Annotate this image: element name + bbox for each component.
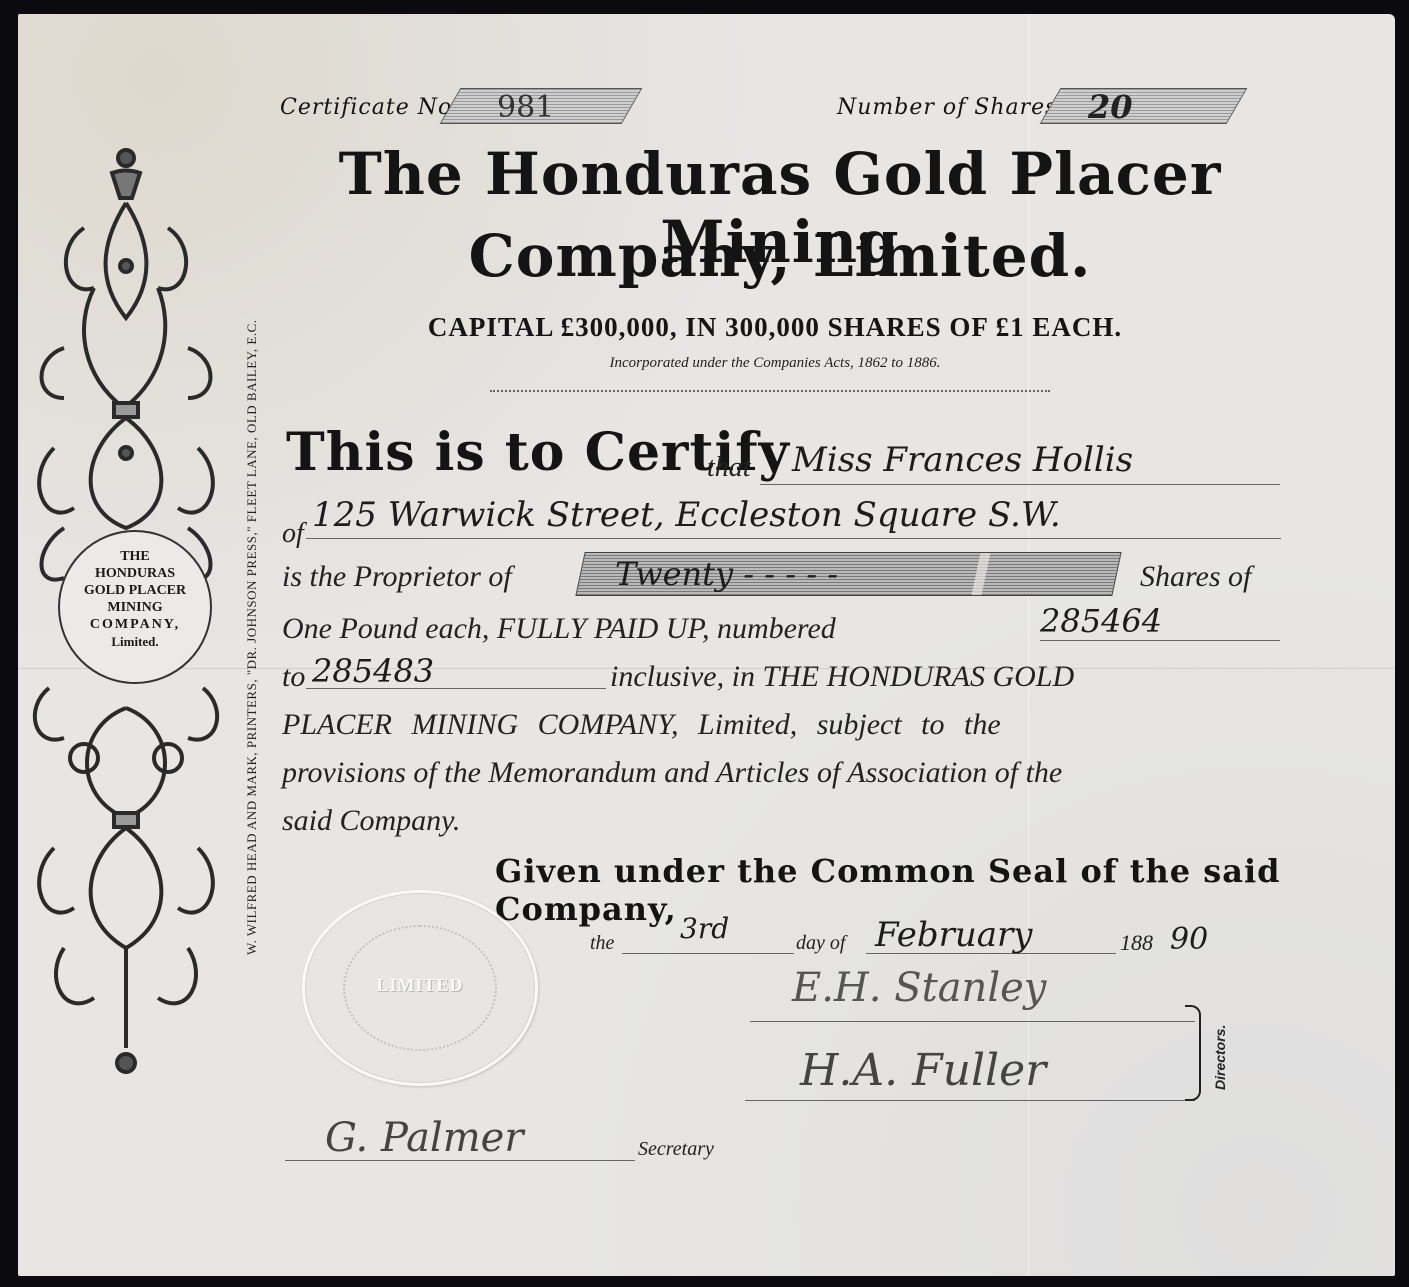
share-number-from: 285464 <box>1040 602 1162 640</box>
said-company-text: said Company. <box>282 804 460 838</box>
incorporation-note: Incorporated under the Companies Acts, 1… <box>290 355 1260 372</box>
vignette-line: MINING <box>60 599 210 616</box>
number-of-shares-label: Number of Shares <box>837 95 1057 120</box>
share-number-to: 285483 <box>312 652 434 690</box>
director2-line <box>745 1100 1195 1101</box>
vignette-line: GOLD PLACER <box>60 582 210 599</box>
date-day: 3rd <box>680 912 729 945</box>
date-the-label: the <box>590 932 614 955</box>
inclusive-text: inclusive, in THE HONDURAS GOLD <box>610 660 1074 694</box>
number-of-shares-box <box>1040 88 1248 124</box>
proprietor-label: is the Proprietor of <box>282 560 512 594</box>
dotted-divider <box>490 390 1050 392</box>
vignette-line: COMPANY, <box>60 616 210 633</box>
director1-signature: E.H. Stanley <box>792 965 1046 1011</box>
director1-line <box>750 1021 1195 1022</box>
director2-signature: H.A. Fuller <box>800 1045 1046 1096</box>
number-from-line <box>1040 640 1280 641</box>
directors-brace <box>1185 1005 1201 1101</box>
holder-name: Miss Frances Hollis <box>792 440 1133 480</box>
company-title-line2: Company, Limited. <box>280 222 1280 290</box>
certificate-number: 981 <box>497 90 554 125</box>
shares-in-words: Twenty - - - - - <box>615 555 838 593</box>
secretary-label: Secretary <box>638 1138 714 1161</box>
company-vignette: THE HONDURAS GOLD PLACER MINING COMPANY,… <box>58 530 212 684</box>
holder-name-line <box>760 484 1280 485</box>
capital-statement: CAPITAL £300,000, IN 300,000 SHARES OF £… <box>290 312 1260 343</box>
vignette-line: THE <box>60 548 210 565</box>
vignette-line: HONDURAS <box>60 565 210 582</box>
directors-label: Directors. <box>1212 1025 1228 1090</box>
fully-paid-text: One Pound each, FULLY PAID UP, numbered <box>282 612 836 646</box>
certificate-number-label: Certificate No. <box>280 95 460 120</box>
secretary-signature: G. Palmer <box>325 1115 523 1161</box>
that-label: that <box>707 452 751 484</box>
provisions-text: provisions of the Memorandum and Article… <box>282 756 1062 790</box>
directors-label-wrap: Directors. <box>1212 1090 1277 1106</box>
embossed-seal: LIMITED <box>302 890 538 1086</box>
vignette-line: Limited. <box>60 633 210 650</box>
printer-imprint: W. WILFRED HEAD AND MARK, PRINTERS, "DR.… <box>244 319 260 955</box>
shares-of-label: Shares of <box>1140 560 1251 594</box>
holder-address: 125 Warwick Street, Eccleston Square S.W… <box>312 495 1061 535</box>
day-of-label: day of <box>796 932 845 955</box>
date-year-suffix: 90 <box>1170 922 1208 957</box>
company-subject-text: PLACER MINING COMPANY, Limited, subject … <box>282 708 1001 742</box>
address-line <box>306 538 1281 539</box>
day-line <box>622 953 794 954</box>
date-year-prefix: 188 <box>1120 930 1153 956</box>
to-label: to <box>282 660 305 694</box>
seal-text: LIMITED <box>305 975 535 996</box>
of-label: of <box>282 518 304 550</box>
number-of-shares: 20 <box>1088 88 1133 126</box>
date-month: February <box>875 915 1033 955</box>
